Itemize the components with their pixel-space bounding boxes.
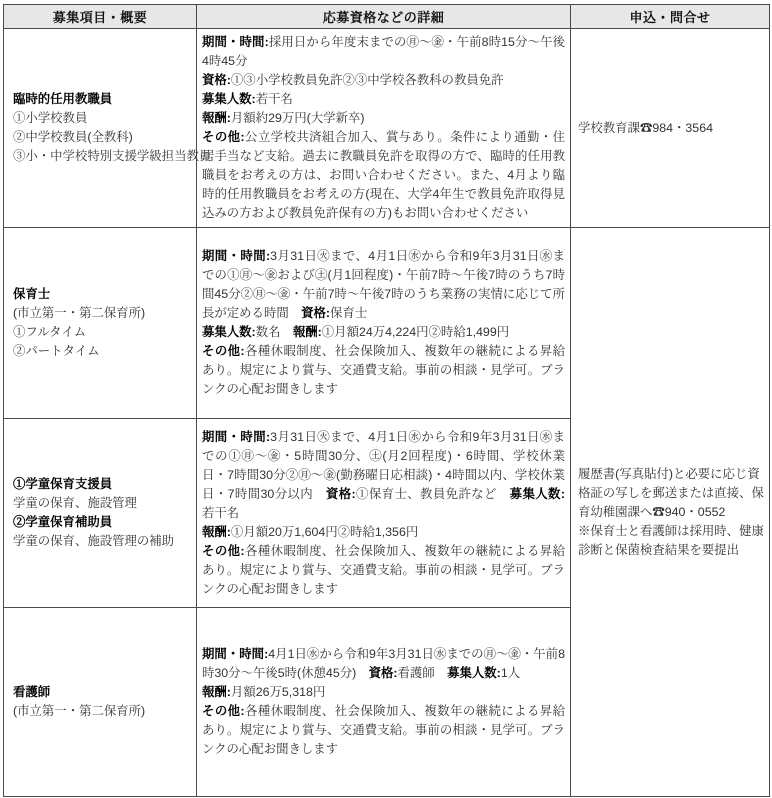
- job-subline: ①フルタイム: [13, 323, 190, 342]
- field-text: ①月額20万1,604円②時給1,356円: [231, 525, 418, 539]
- document-page: 募集項目・概要 応募資格などの詳細 申込・問合せ 臨時的任用教職員①小学校教員②…: [0, 0, 772, 798]
- overview-cell: 保育士(市立第一・第二保育所)①フルタイム②パートタイム: [4, 228, 197, 419]
- field-label: 期間・時間:: [202, 249, 270, 263]
- details-paragraph: その他:各種休暇制度、社会保険加入、複数年の継続による昇給あり。規定により賞与、…: [202, 542, 565, 599]
- details-paragraph: 資格:①③小学校教員免許②③中学校各教科の教員免許: [202, 71, 565, 90]
- field-text: 1人: [501, 666, 520, 680]
- field-label: その他:: [202, 544, 245, 558]
- field-text: 月額26万5,318円: [231, 685, 325, 699]
- field-text: 各種休暇制度、社会保険加入、複数年の継続による昇給あり。規定により賞与、交通費支…: [202, 544, 565, 596]
- field-label: 資格:: [202, 73, 231, 87]
- details-paragraph: 募集人数:数名 報酬:①月額24万4,224円②時給1,499円: [202, 323, 565, 342]
- field-label: 報酬:: [202, 111, 231, 125]
- table-row: 保育士(市立第一・第二保育所)①フルタイム②パートタイム期間・時間:3月31日㊋…: [4, 228, 770, 419]
- details-paragraph: 募集人数:若干名: [202, 90, 565, 109]
- field-label: 募集人数:: [447, 666, 501, 680]
- field-label: 募集人数:: [510, 487, 565, 501]
- details-paragraph: その他:各種休暇制度、社会保険加入、複数年の継続による昇給あり。規定により賞与、…: [202, 702, 565, 759]
- details-cell: 期間・時間:4月1日㊌から令和9年3月31日㊌までの㊊～㊎・午前8時30分～午後…: [197, 608, 571, 797]
- field-text: 公立学校共済組合加入、賞与あり。条件により通勤・住居手当など支給。過去に教職員免…: [202, 130, 565, 220]
- field-text: 各種休暇制度、社会保険加入、複数年の継続による昇給あり。規定により賞与、交通費支…: [202, 344, 565, 396]
- recruitment-table: 募集項目・概要 応募資格などの詳細 申込・問合せ 臨時的任用教職員①小学校教員②…: [3, 4, 770, 797]
- job-title: 保育士: [13, 285, 190, 304]
- field-label: 資格:: [326, 487, 356, 501]
- details-cell: 期間・時間:3月31日㊋まで、4月1日㊌から令和9年3月31日㊌までの①㊊～㊎・…: [197, 419, 571, 608]
- job-title: 臨時的任用教職員: [13, 90, 190, 109]
- job-subline: ②中学校教員(全教科): [13, 128, 190, 147]
- field-text: ①保育士、教員免許など: [356, 487, 510, 501]
- contact-cell: 学校教育課☎984・3564: [571, 29, 770, 228]
- table-header: 募集項目・概要 応募資格などの詳細 申込・問合せ: [4, 5, 770, 29]
- header-details: 応募資格などの詳細: [197, 5, 571, 29]
- field-label: 資格:: [369, 666, 398, 680]
- field-text: 看護師: [398, 666, 448, 680]
- field-label: 報酬:: [293, 325, 322, 339]
- contact-line: 学校教育課☎984・3564: [578, 119, 764, 138]
- field-text: 保育士: [330, 306, 367, 320]
- job-subline: ③小・中学校特別支援学級担当教員: [13, 147, 190, 166]
- field-label: 資格:: [301, 306, 330, 320]
- details-paragraph: 期間・時間:3月31日㊋まで、4月1日㊌から令和9年3月31日㊌までの①㊊～㊎お…: [202, 247, 565, 323]
- details-paragraph: その他:各種休暇制度、社会保険加入、複数年の継続による昇給あり。規定により賞与、…: [202, 342, 565, 399]
- field-label: 募集人数:: [202, 92, 256, 106]
- field-text: ①月額24万4,224円②時給1,499円: [322, 325, 509, 339]
- details-paragraph: 期間・時間:採用日から年度末までの㊊～㊎・午前8時15分～午後4時45分: [202, 33, 565, 71]
- overview-cell: ①学童保育支援員学童の保育、施設管理②学童保育補助員学童の保育、施設管理の補助: [4, 419, 197, 608]
- field-label: 報酬:: [202, 685, 231, 699]
- header-row: 募集項目・概要 応募資格などの詳細 申込・問合せ: [4, 5, 770, 29]
- details-cell: 期間・時間:採用日から年度末までの㊊～㊎・午前8時15分～午後4時45分資格:①…: [197, 29, 571, 228]
- details-paragraph: 報酬:①月額20万1,604円②時給1,356円: [202, 523, 565, 542]
- field-label: 報酬:: [202, 525, 231, 539]
- job-subline: ②パートタイム: [13, 342, 190, 361]
- details-cell: 期間・時間:3月31日㊋まで、4月1日㊌から令和9年3月31日㊌までの①㊊～㊎お…: [197, 228, 571, 419]
- field-label: 期間・時間:: [202, 35, 269, 49]
- job-title: ②学童保育補助員: [13, 513, 190, 532]
- table-row: 臨時的任用教職員①小学校教員②中学校教員(全教科)③小・中学校特別支援学級担当教…: [4, 29, 770, 228]
- field-text: 若干名: [256, 92, 293, 106]
- details-paragraph: その他:公立学校共済組合加入、賞与あり。条件により通勤・住居手当など支給。過去に…: [202, 128, 565, 223]
- job-subline: ①小学校教員: [13, 109, 190, 128]
- contact-line: 履歴書(写真貼付)と必要に応じ資格証の写しを郵送または直接、保育幼稚園課へ☎94…: [578, 465, 764, 522]
- field-label: 期間・時間:: [202, 430, 270, 444]
- job-subline: (市立第一・第二保育所): [13, 304, 190, 323]
- job-subline: 学童の保育、施設管理: [13, 494, 190, 513]
- details-paragraph: 期間・時間:4月1日㊌から令和9年3月31日㊌までの㊊～㊎・午前8時30分～午後…: [202, 645, 565, 683]
- contact-cell: 履歴書(写真貼付)と必要に応じ資格証の写しを郵送または直接、保育幼稚園課へ☎94…: [571, 228, 770, 797]
- recruitment-table-body: 臨時的任用教職員①小学校教員②中学校教員(全教科)③小・中学校特別支援学級担当教…: [4, 29, 770, 797]
- field-text: 各種休暇制度、社会保険加入、複数年の継続による昇給あり。規定により賞与、交通費支…: [202, 704, 565, 756]
- overview-cell: 看護師(市立第一・第二保育所): [4, 608, 197, 797]
- field-label: その他:: [202, 704, 245, 718]
- job-title: ①学童保育支援員: [13, 475, 190, 494]
- field-text: 若干名: [202, 506, 239, 520]
- job-title: 看護師: [13, 683, 190, 702]
- job-subline: 学童の保育、施設管理の補助: [13, 532, 190, 551]
- header-overview: 募集項目・概要: [4, 5, 197, 29]
- overview-cell: 臨時的任用教職員①小学校教員②中学校教員(全教科)③小・中学校特別支援学級担当教…: [4, 29, 197, 228]
- header-contact: 申込・問合せ: [571, 5, 770, 29]
- details-paragraph: 報酬:月額約29万円(大学新卒): [202, 109, 565, 128]
- details-paragraph: 期間・時間:3月31日㊋まで、4月1日㊌から令和9年3月31日㊌までの①㊊～㊎・…: [202, 428, 565, 523]
- field-label: 募集人数:: [202, 325, 256, 339]
- job-subline: (市立第一・第二保育所): [13, 702, 190, 721]
- details-paragraph: 報酬:月額26万5,318円: [202, 683, 565, 702]
- field-label: その他:: [202, 344, 245, 358]
- field-label: その他:: [202, 130, 245, 144]
- contact-line: ※保育士と看護師は採用時、健康診断と保菌検査結果を要提出: [578, 522, 764, 560]
- field-text: ①③小学校教員免許②③中学校各教科の教員免許: [231, 73, 504, 87]
- field-text: 数名: [256, 325, 293, 339]
- field-label: 期間・時間:: [202, 647, 268, 661]
- field-text: 月額約29万円(大学新卒): [231, 111, 365, 125]
